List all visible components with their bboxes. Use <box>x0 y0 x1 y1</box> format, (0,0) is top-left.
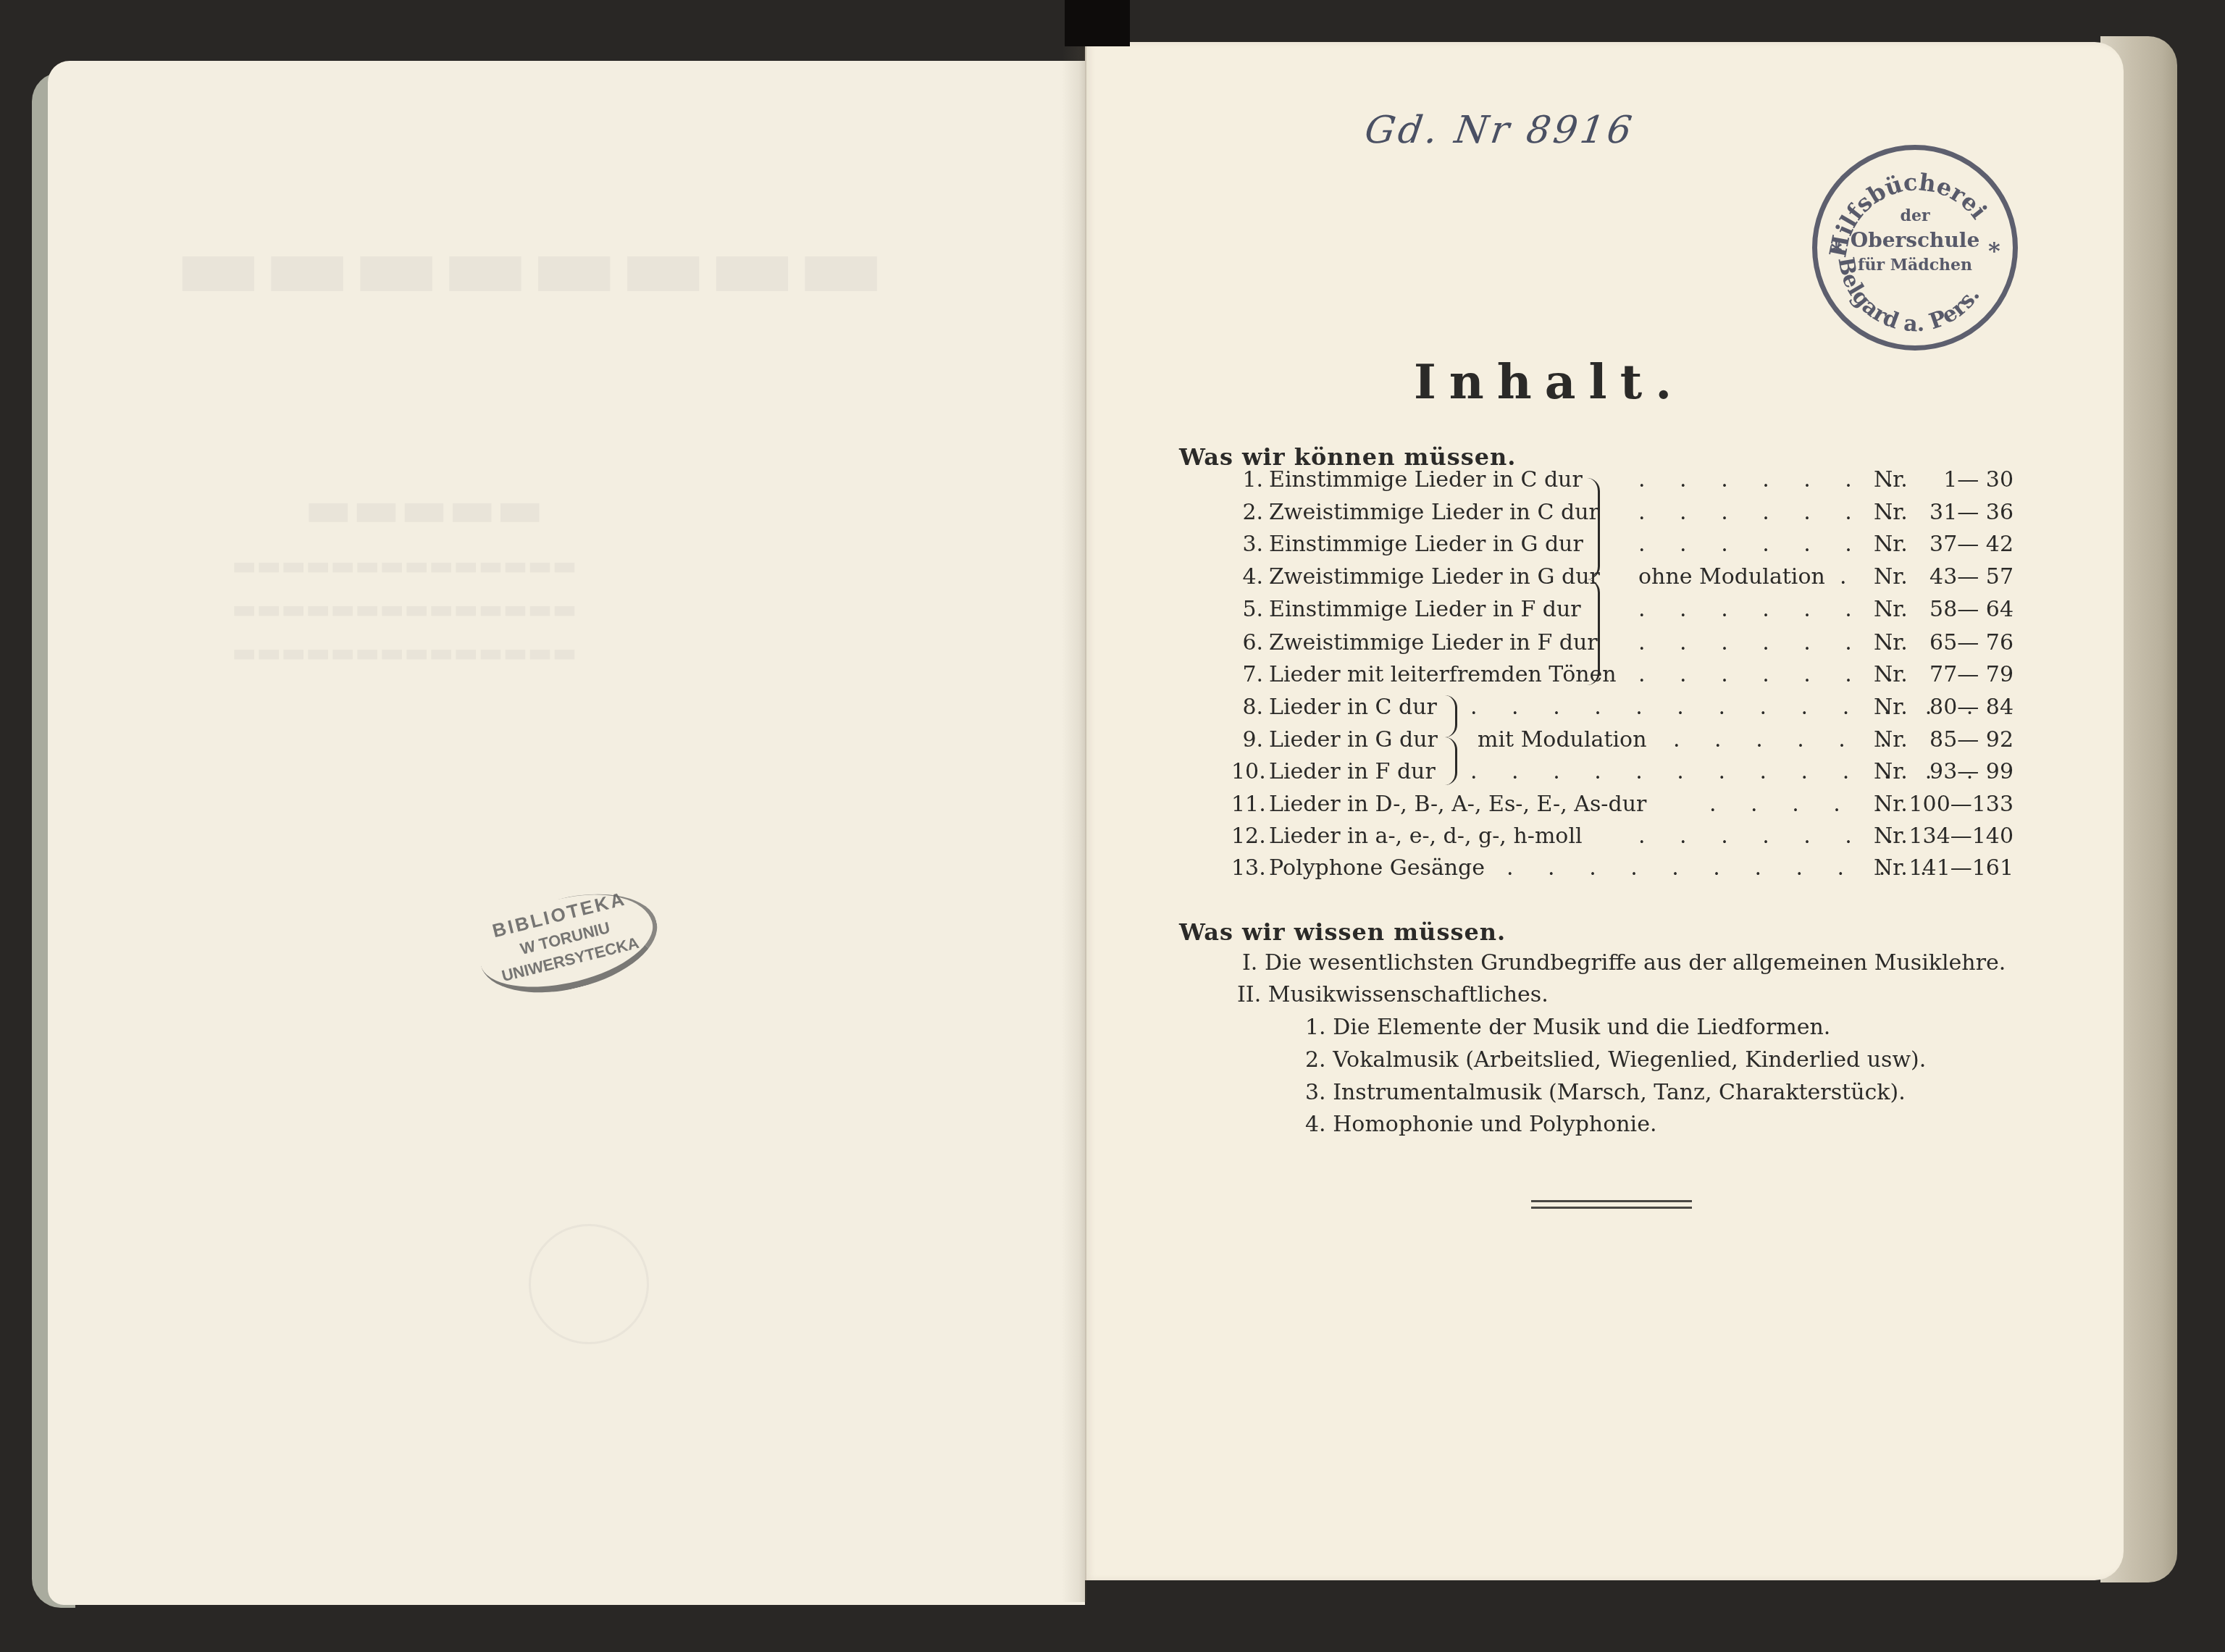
row-label: Lieder in a-, e-, d-, g-, h-moll <box>1269 821 1583 852</box>
double-rule-bottom <box>1531 1207 1692 1209</box>
contents-row: 12. Lieder in a-, e-, d-, g-, h-moll . .… <box>0 821 2014 852</box>
row-range: 58— 64 <box>1905 594 2014 626</box>
knowledge-item-number: 2. <box>1305 1047 1326 1073</box>
row-label: Polyphone Gesänge <box>1269 852 1485 884</box>
row-leader-dots: . . . . . . . <box>1638 529 1907 561</box>
contents-row: 8. Lieder in C dur . . . . . . . . . . .… <box>0 692 2014 724</box>
brace-ohne-modulation-bottom <box>1586 579 1600 685</box>
row-leader-dots: . <box>1840 561 1861 593</box>
row-nr-prefix: Nr. <box>1874 756 1908 788</box>
brace-ohne-modulation-top <box>1586 478 1600 579</box>
row-nr-prefix: Nr. <box>1874 464 1908 496</box>
show-through-title: ▬▬▬▬▬▬▬▬ <box>174 210 886 321</box>
row-leader-dots: . . . . . . . <box>1638 464 1907 496</box>
knowledge-item-label: Die wesentlichsten Grundbegriffe aus der… <box>1265 950 2006 976</box>
row-label: Lieder in G dur <box>1269 724 1438 756</box>
row-number: 13. <box>1231 852 1263 884</box>
stamp-line-oberschule: Oberschule <box>1817 228 2013 252</box>
row-range: 77— 79 <box>1905 659 2014 691</box>
row-label: Einstimmige Lieder in G dur <box>1269 529 1583 561</box>
contents-row: 9. Lieder in G dur mit Modulation . . . … <box>0 724 2014 756</box>
knowledge-subitem: 2. Vokalmusik (Arbeitslied, Wiegenlied, … <box>1305 1044 1926 1076</box>
show-through-emblem <box>529 1224 649 1344</box>
row-nr-prefix: Nr. <box>1874 692 1908 724</box>
row-range: 93— 99 <box>1905 756 2014 788</box>
row-leader-dots: . . . . . . . <box>1638 821 1907 852</box>
school-library-stamp: Hilfsbücherei Belgard a. Pers. * * der O… <box>1812 145 2018 351</box>
row-number: 1. <box>1231 464 1263 496</box>
row-nr-prefix: Nr. <box>1874 497 1908 529</box>
knowledge-item-number: II. <box>1237 982 1261 1007</box>
row-number: 11. <box>1231 789 1263 821</box>
knowledge-subitem: 4. Homophonie und Polyphonie. <box>1305 1109 1656 1141</box>
knowledge-item-label: Instrumentalmusik (Marsch, Tanz, Charakt… <box>1333 1080 1906 1105</box>
knowledge-item-number: 4. <box>1305 1112 1326 1137</box>
knowledge-item-label: Musikwissenschaftliches. <box>1268 982 1549 1007</box>
stamp-line-der: der <box>1817 206 2013 225</box>
knowledge-item-number: 3. <box>1305 1080 1326 1105</box>
contents-row: 3. Einstimmige Lieder in G dur . . . . .… <box>0 529 2014 561</box>
knowledge-item-label: Vokalmusik (Arbeitslied, Wiegenlied, Kin… <box>1333 1047 1926 1073</box>
spine-shadow <box>1065 0 1130 46</box>
double-rule-top <box>1531 1200 1692 1202</box>
row-range: 80— 84 <box>1905 692 2014 724</box>
contents-row: 4. Zweistimmige Lieder in G dur ohne Mod… <box>0 561 2014 593</box>
knowledge-item-label: Die Elemente der Musik und die Liedforme… <box>1333 1015 1830 1040</box>
row-range: 1— 30 <box>1905 464 2014 496</box>
row-nr-prefix: Nr. <box>1874 561 1908 593</box>
row-nr-prefix: Nr. <box>1874 724 1908 756</box>
page-title: Inhalt. <box>1414 353 1685 410</box>
knowledge-item-number: 1. <box>1305 1015 1326 1040</box>
row-nr-prefix: Nr. <box>1874 627 1908 659</box>
row-range: 134—140 <box>1905 821 2014 852</box>
row-label: Lieder in D-, B-, A-, Es-, E-, As-dur <box>1269 789 1646 821</box>
row-label: Lieder in C dur <box>1269 692 1437 724</box>
contents-row: 10. Lieder in F dur . . . . . . . . . . … <box>0 756 2014 788</box>
contents-row: 11. Lieder in D-, B-, A-, Es-, E-, As-du… <box>0 789 2014 821</box>
row-label: Zweistimmige Lieder in G dur <box>1269 561 1600 593</box>
row-range: 141—161 <box>1905 852 2014 884</box>
row-number: 8. <box>1231 692 1263 724</box>
row-label: Zweistimmige Lieder in C dur <box>1269 497 1599 529</box>
row-nr-prefix: Nr. <box>1874 594 1908 626</box>
knowledge-subitem: 3. Instrumentalmusik (Marsch, Tanz, Char… <box>1305 1077 1906 1109</box>
stamp-line-maedchen: für Mädchen <box>1817 256 2013 274</box>
row-number: 9. <box>1231 724 1263 756</box>
row-label: Zweistimmige Lieder in F dur <box>1269 627 1598 659</box>
row-number: 5. <box>1231 594 1263 626</box>
contents-row: 1. Einstimmige Lieder in C dur . . . . .… <box>0 464 2014 496</box>
row-number: 10. <box>1231 756 1263 788</box>
section-heading-wissen: Was wir wissen müssen. <box>1179 918 1506 946</box>
row-range: 31— 36 <box>1905 497 2014 529</box>
row-leader-dots: . . . . . . . <box>1638 594 1907 626</box>
row-range: 85— 92 <box>1905 724 2014 756</box>
contents-row: 7. Lieder mit leiterfremden Tönen . . . … <box>0 659 2014 691</box>
row-label: Lieder in F dur <box>1269 756 1436 788</box>
row-range: 100—133 <box>1905 789 2014 821</box>
knowledge-item: II. Musikwissenschaftliches. <box>1237 979 1549 1011</box>
row-label: Einstimmige Lieder in C dur <box>1269 464 1583 496</box>
contents-row: 2. Zweistimmige Lieder in C dur . . . . … <box>0 497 2014 529</box>
row-nr-prefix: Nr. <box>1874 659 1908 691</box>
row-number: 12. <box>1231 821 1263 852</box>
row-range: 65— 76 <box>1905 627 2014 659</box>
row-nr-prefix: Nr. <box>1874 789 1908 821</box>
row-nr-prefix: Nr. <box>1874 821 1908 852</box>
row-leader-dots: . . . . . . . <box>1638 497 1907 529</box>
handwritten-shelf-mark: Gd. Nr 8916 <box>1362 109 1638 152</box>
brace-mit-modulation-top <box>1445 695 1457 737</box>
row-number: 2. <box>1231 497 1263 529</box>
row-label: Einstimmige Lieder in F dur <box>1269 594 1581 626</box>
row-nr-prefix: Nr. <box>1874 852 1908 884</box>
knowledge-item: I. Die wesentlichsten Grundbegriffe aus … <box>1242 947 2006 979</box>
knowledge-item-number: I. <box>1242 950 1257 976</box>
row-leader-dots: . . . . . . <box>1673 724 1901 756</box>
row-leader-dots: . . . . . <box>1709 789 1895 821</box>
row-number: 7. <box>1231 659 1263 691</box>
contents-row: 13. Polyphone Gesänge . . . . . . . . . … <box>0 852 2014 884</box>
brace-mit-modulation-bottom <box>1445 737 1457 785</box>
knowledge-item-label: Homophonie und Polyphonie. <box>1333 1112 1656 1137</box>
row-number: 6. <box>1231 627 1263 659</box>
row-number: 4. <box>1231 561 1263 593</box>
contents-row: 6. Zweistimmige Lieder in F dur . . . . … <box>0 627 2014 659</box>
row-nr-prefix: Nr. <box>1874 529 1908 561</box>
row-leader-dots: . . . . . . . <box>1638 627 1907 659</box>
row-range: 37— 42 <box>1905 529 2014 561</box>
row-range: 43— 57 <box>1905 561 2014 593</box>
knowledge-subitem: 1. Die Elemente der Musik und die Liedfo… <box>1305 1012 1830 1044</box>
bracket-label-ohne-modulation: ohne Modulation <box>1638 561 1825 593</box>
row-number: 3. <box>1231 529 1263 561</box>
row-leader-dots: . . . . . . . <box>1638 659 1907 691</box>
bracket-label-mit-modulation: mit Modulation <box>1478 724 1646 756</box>
row-label: Lieder mit leiterfremden Tönen <box>1269 659 1617 691</box>
contents-row: 5. Einstimmige Lieder in F dur . . . . .… <box>0 594 2014 626</box>
